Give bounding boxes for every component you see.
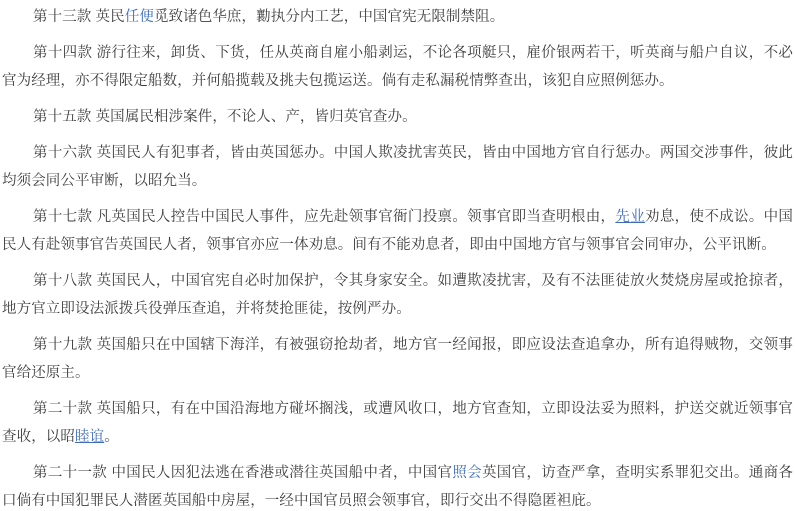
treaty-clause: 第二十一款 中国民人因犯法逃在香港或潜往英国船中者，中国官照会英国官，访查严拿，… (2, 459, 793, 511)
treaty-clause: 第十六款 英国民人有犯事者，皆由英国惩办。中国人欺凌扰害英民，皆由中国地方官自行… (2, 139, 793, 195)
treaty-clause: 第十七款 凡英国民人控告中国民人事件，应先赴领事官衙门投禀。领事官即当查明根由，… (2, 203, 793, 259)
clause-text: 第十五款 英国属民相涉案件，不论人、产，皆归英官查办。 (33, 109, 417, 125)
clause-text: 第十四款 游行往来，卸货、下货，任从英商自雇小船剥运，不论各项艇只，雇价银两若干… (2, 45, 793, 89)
clause-text: 第十三款 英民 (33, 9, 125, 25)
clause-text: 第十八款 英国民人，中国官宪自必时加保护，令其身家安全。如遭欺凌扰害，及有不法匪… (2, 273, 793, 317)
clause-text: 第十六款 英国民人有犯事者，皆由英国惩办。中国人欺凌扰害英民，皆由中国地方官自行… (2, 145, 793, 189)
inline-link[interactable]: 先业 (615, 209, 645, 225)
document-page: 第十三款 英民任便觅致诸色华庶，勷执分内工艺，中国官宪无限制禁阻。第十四款 游行… (0, 0, 795, 511)
treaty-clause: 第十五款 英国属民相涉案件，不论人、产，皆归英官查办。 (2, 103, 793, 131)
treaty-text: 第十三款 英民任便觅致诸色华庶，勷执分内工艺，中国官宪无限制禁阻。第十四款 游行… (2, 3, 793, 511)
inline-link[interactable]: 任便 (125, 9, 154, 25)
treaty-clause: 第十三款 英民任便觅致诸色华庶，勷执分内工艺，中国官宪无限制禁阻。 (2, 3, 793, 31)
treaty-clause: 第十八款 英国民人，中国官宪自必时加保护，令其身家安全。如遭欺凌扰害，及有不法匪… (2, 267, 793, 323)
treaty-clause: 第十四款 游行往来，卸货、下货，任从英商自雇小船剥运，不论各项艇只，雇价银两若干… (2, 39, 793, 95)
inline-link[interactable]: 睦谊 (75, 429, 104, 445)
clause-text: 觅致诸色华庶，勷执分内工艺，中国官宪无限制禁阻。 (154, 9, 504, 25)
clause-text: 第十九款 英国船只在中国辖下海洋，有被强窃抢劫者，地方官一经闻报，即应设法查追拿… (2, 337, 793, 381)
clause-text: 第十七款 凡英国民人控告中国民人事件，应先赴领事官衙门投禀。领事官即当查明根由， (33, 209, 615, 225)
clause-text: 第二十款 英国船只，有在中国沿海地方碰坏搁浅，或遭风收口，地方官查知，立即设法妥… (2, 401, 793, 445)
clause-text: 。 (104, 429, 119, 445)
inline-link[interactable]: 照会 (452, 465, 482, 481)
treaty-clause: 第十九款 英国船只在中国辖下海洋，有被强窃抢劫者，地方官一经闻报，即应设法查追拿… (2, 331, 793, 387)
treaty-clause: 第二十款 英国船只，有在中国沿海地方碰坏搁浅，或遭风收口，地方官查知，立即设法妥… (2, 395, 793, 451)
clause-text: 第二十一款 中国民人因犯法逃在香港或潜往英国船中者，中国官 (33, 465, 452, 481)
